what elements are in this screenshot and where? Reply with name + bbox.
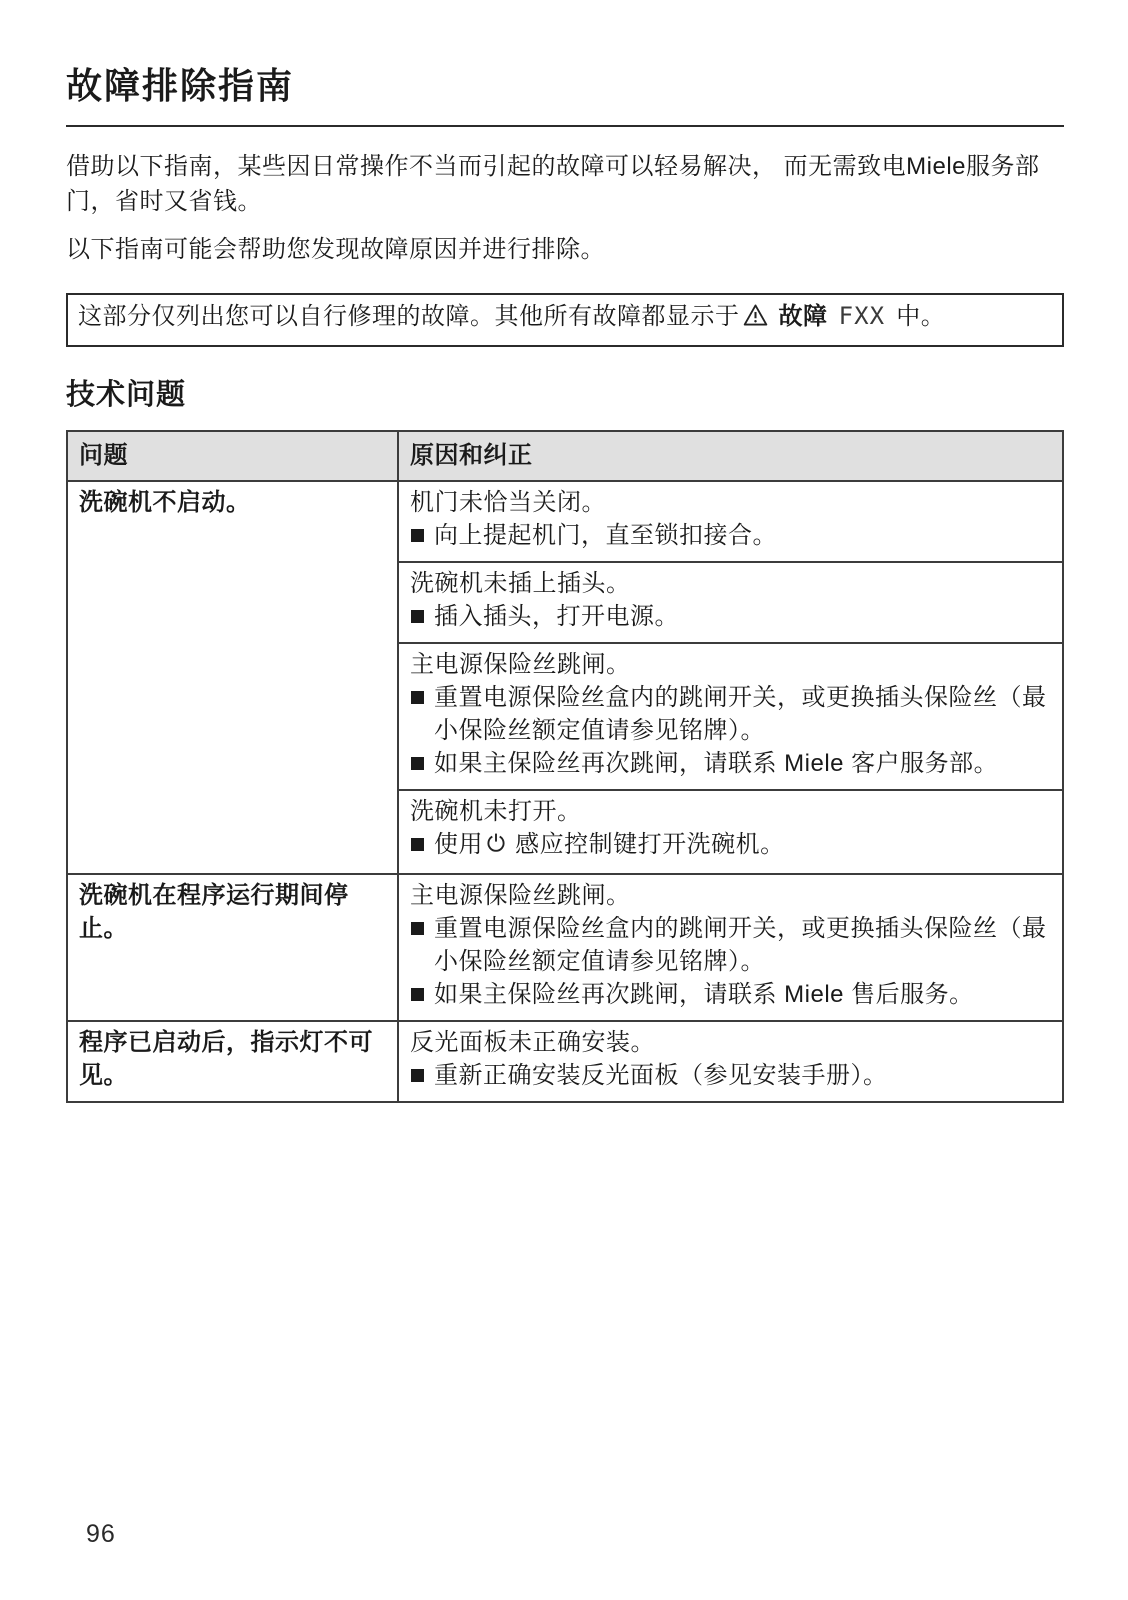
cause-cell: 主电源保险丝跳闸。 重置电源保险丝盒内的跳闸开关，或更换插头保险丝（最小保险丝额… — [398, 874, 1063, 1021]
cause-text: 洗碗机未打开。 — [410, 795, 1050, 828]
power-icon — [484, 834, 508, 861]
section-heading-technical-problems: 技术问题 — [66, 372, 1064, 413]
table-row: 程序已启动后，指示灯不可见。 反光面板未正确安装。 重新正确安装反光面板（参见安… — [67, 1021, 1063, 1102]
remedy-text-suffix: 感应控制键打开洗碗机。 — [508, 831, 785, 858]
cause-text: 主电源保险丝跳闸。 — [410, 648, 1050, 681]
fault-code: FXX — [839, 302, 885, 330]
warning-triangle-icon — [742, 307, 769, 334]
bullet-square-icon — [411, 922, 424, 935]
cause-text: 反光面板未正确安装。 — [410, 1026, 1050, 1059]
cause-text: 洗碗机未插上插头。 — [410, 567, 1050, 600]
cause-cell: 主电源保险丝跳闸。 重置电源保险丝盒内的跳闸开关，或更换插头保险丝（最小保险丝额… — [398, 643, 1063, 790]
intro-paragraph-1: 借助以下指南，某些因日常操作不当而引起的故障可以轻易解决， 而无需致电Miele… — [66, 149, 1064, 219]
troubleshooting-table: 问题 原因和纠正 洗碗机不启动。 机门未恰当关闭。 向上提起机门，直至锁扣接合。… — [66, 430, 1064, 1103]
table-row: 洗碗机在程序运行期间停止。 主电源保险丝跳闸。 重置电源保险丝盒内的跳闸开关，或… — [67, 874, 1063, 1021]
bullet-square-icon — [411, 1069, 424, 1082]
page-content: 故障排除指南 借助以下指南，某些因日常操作不当而引起的故障可以轻易解决， 而无需… — [66, 58, 1064, 1103]
bullet-square-icon — [411, 610, 424, 623]
self-repair-note: 这部分仅列出您可以自行修理的故障。其他所有故障都显示于故障 FXX 中。 — [66, 293, 1064, 347]
problem-cell: 洗碗机不启动。 — [67, 481, 398, 874]
bullet-square-icon — [411, 838, 424, 851]
column-header-cause: 原因和纠正 — [398, 431, 1063, 481]
intro-paragraph-2: 以下指南可能会帮助您发现故障原因并进行排除。 — [66, 232, 1064, 267]
table-row: 洗碗机不启动。 机门未恰当关闭。 向上提起机门，直至锁扣接合。 — [67, 481, 1063, 562]
remedy-text: 向上提起机门，直至锁扣接合。 — [434, 519, 1050, 552]
problem-cell: 洗碗机在程序运行期间停止。 — [67, 874, 398, 1021]
bullet-square-icon — [411, 988, 424, 1001]
remedy-text: 插入插头，打开电源。 — [434, 600, 1050, 633]
remedy-text-prefix: 使用 — [434, 831, 483, 858]
cause-cell: 反光面板未正确安装。 重新正确安装反光面板（参见安装手册）。 — [398, 1021, 1063, 1102]
cause-cell: 洗碗机未打开。 使用 感应控制键打开洗碗机。 — [398, 790, 1063, 874]
note-text-after: 中。 — [896, 303, 945, 330]
cause-cell: 洗碗机未插上插头。 插入插头，打开电源。 — [398, 562, 1063, 643]
remedy-text: 如果主保险丝再次跳闸，请联系 Miele 售后服务。 — [434, 978, 1050, 1011]
page-number: 96 — [86, 1520, 116, 1549]
remedy-text: 重置电源保险丝盒内的跳闸开关，或更换插头保险丝（最小保险丝额定值请参见铭牌）。 — [434, 912, 1050, 978]
remedy-item: 重置电源保险丝盒内的跳闸开关，或更换插头保险丝（最小保险丝额定值请参见铭牌）。 — [410, 681, 1050, 747]
bullet-square-icon — [411, 529, 424, 542]
page-title: 故障排除指南 — [66, 58, 1064, 127]
note-text-before: 这部分仅列出您可以自行修理的故障。其他所有故障都显示于 — [78, 303, 740, 330]
remedy-item: 向上提起机门，直至锁扣接合。 — [410, 519, 1050, 552]
remedy-item: 重置电源保险丝盒内的跳闸开关，或更换插头保险丝（最小保险丝额定值请参见铭牌）。 — [410, 912, 1050, 978]
remedy-item: 重新正确安装反光面板（参见安装手册）。 — [410, 1059, 1050, 1092]
remedy-text: 重新正确安装反光面板（参见安装手册）。 — [434, 1059, 1050, 1092]
table-header-row: 问题 原因和纠正 — [67, 431, 1063, 481]
cause-text: 主电源保险丝跳闸。 — [410, 879, 1050, 912]
remedy-item: 如果主保险丝再次跳闸，请联系 Miele 客户服务部。 — [410, 747, 1050, 780]
bullet-square-icon — [411, 691, 424, 704]
fault-display-label: 故障 — [779, 303, 828, 330]
remedy-item: 如果主保险丝再次跳闸，请联系 Miele 售后服务。 — [410, 978, 1050, 1011]
bullet-square-icon — [411, 757, 424, 770]
manual-page: { "page": { "title": "故障排除指南", "number":… — [0, 0, 1128, 1600]
problem-cell: 程序已启动后，指示灯不可见。 — [67, 1021, 398, 1102]
remedy-text: 使用 感应控制键打开洗碗机。 — [434, 828, 1050, 864]
remedy-text: 如果主保险丝再次跳闸，请联系 Miele 客户服务部。 — [434, 747, 1050, 780]
remedy-item: 使用 感应控制键打开洗碗机。 — [410, 828, 1050, 864]
column-header-problem: 问题 — [67, 431, 398, 481]
cause-text: 机门未恰当关闭。 — [410, 486, 1050, 519]
remedy-text: 重置电源保险丝盒内的跳闸开关，或更换插头保险丝（最小保险丝额定值请参见铭牌）。 — [434, 681, 1050, 747]
remedy-item: 插入插头，打开电源。 — [410, 600, 1050, 633]
cause-cell: 机门未恰当关闭。 向上提起机门，直至锁扣接合。 — [398, 481, 1063, 562]
